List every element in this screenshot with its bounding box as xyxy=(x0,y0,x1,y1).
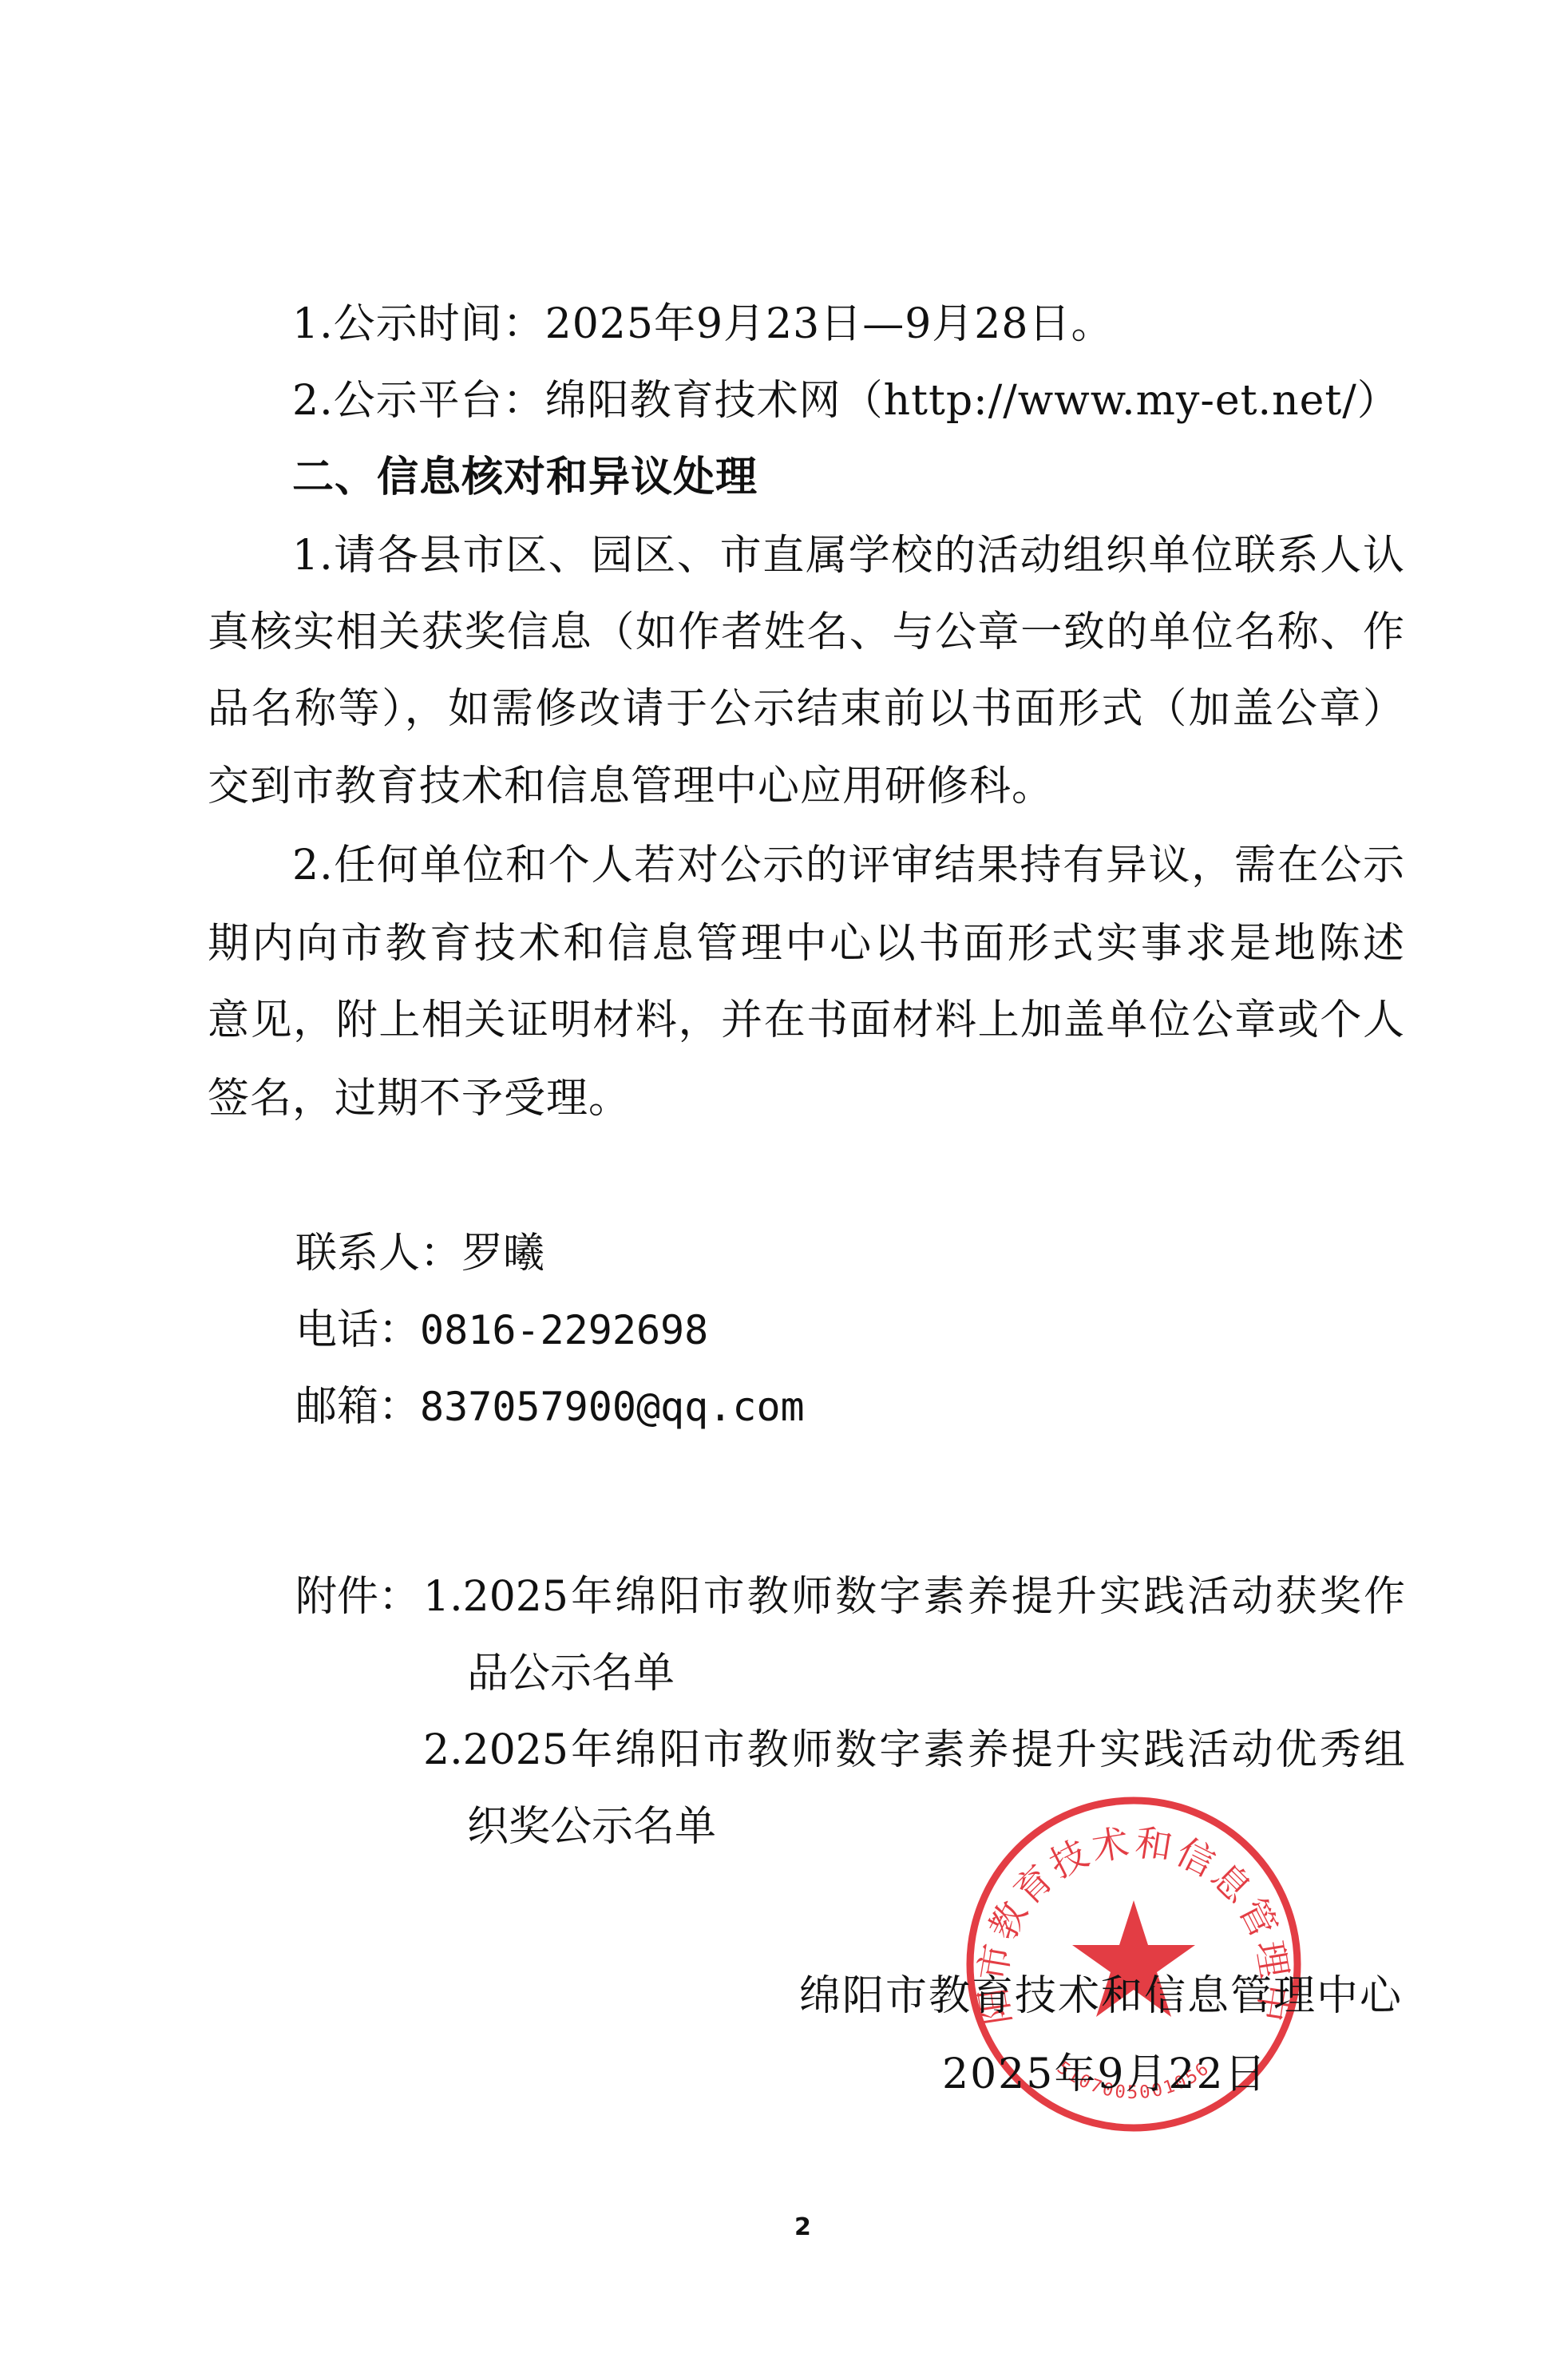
paragraph-line: 2.任何单位和个人若对公示的评审结果持有异议，需在公示 xyxy=(292,840,1405,891)
attachment-item-1: 1.2025年绵阳市教师数字素养提升实践活动获奖作 xyxy=(423,1571,1405,1622)
document-page: 1.公示时间：2025年9月23日—9月28日。 2.公示平台：绵阳教育技术网（… xyxy=(0,0,1568,2373)
contact-phone-value: 0816-2292698 xyxy=(420,1307,708,1353)
signing-date: 2025年9月22日 xyxy=(942,2049,1268,2100)
paragraph-line: 1.请各县市区、园区、市直属学校的活动组织单位联系人认 xyxy=(292,530,1405,581)
signing-organization: 绵阳市教育技术和信息管理中心 xyxy=(799,1971,1403,2022)
page-number: 2 xyxy=(794,2213,811,2241)
publicity-time: 1.公示时间：2025年9月23日—9月28日。 xyxy=(292,299,1490,350)
attachments-label: 附件： xyxy=(295,1571,420,1622)
contact-phone: 电话：0816-2292698 xyxy=(295,1305,708,1356)
contact-person: 联系人：罗曦 xyxy=(295,1228,544,1279)
paragraph-line: 交到市教育技术和信息管理中心应用研修科。 xyxy=(208,761,1405,812)
paragraph-line: 品名称等），如需修改请于公示结束前以书面形式（加盖公章） xyxy=(208,683,1405,735)
attachment-item-1-cont: 品公示名单 xyxy=(467,1648,1449,1699)
paragraph-line: 真核实相关获奖信息（如作者姓名、与公章一致的单位名称、作 xyxy=(208,607,1405,658)
publicity-platform: 2.公示平台：绵阳教育技术网（http://www.my-et.net/） xyxy=(292,375,1490,426)
contact-email-label: 邮箱： xyxy=(295,1383,420,1431)
contact-email: 邮箱：837057900@qq.com xyxy=(295,1381,805,1432)
attachment-item-2: 2.2025年绵阳市教师数字素养提升实践活动优秀组 xyxy=(423,1725,1405,1776)
paragraph-line: 期内向市教育技术和信息管理中心以书面形式实事求是地陈述 xyxy=(208,918,1405,969)
paragraph-line: 签名，过期不予受理。 xyxy=(208,1073,1405,1124)
section-heading: 二、信息核对和异议处理 xyxy=(292,452,1490,503)
contact-email-value: 837057900@qq.com xyxy=(420,1384,805,1430)
attachment-item-2-cont: 织奖公示名单 xyxy=(467,1801,1449,1852)
contact-person-value: 罗曦 xyxy=(461,1230,544,1278)
contact-phone-label: 电话： xyxy=(295,1306,420,1354)
paragraph-line: 意见，附上相关证明材料，并在书面材料上加盖单位公章或个人 xyxy=(208,995,1405,1046)
contact-person-label: 联系人： xyxy=(295,1230,461,1278)
